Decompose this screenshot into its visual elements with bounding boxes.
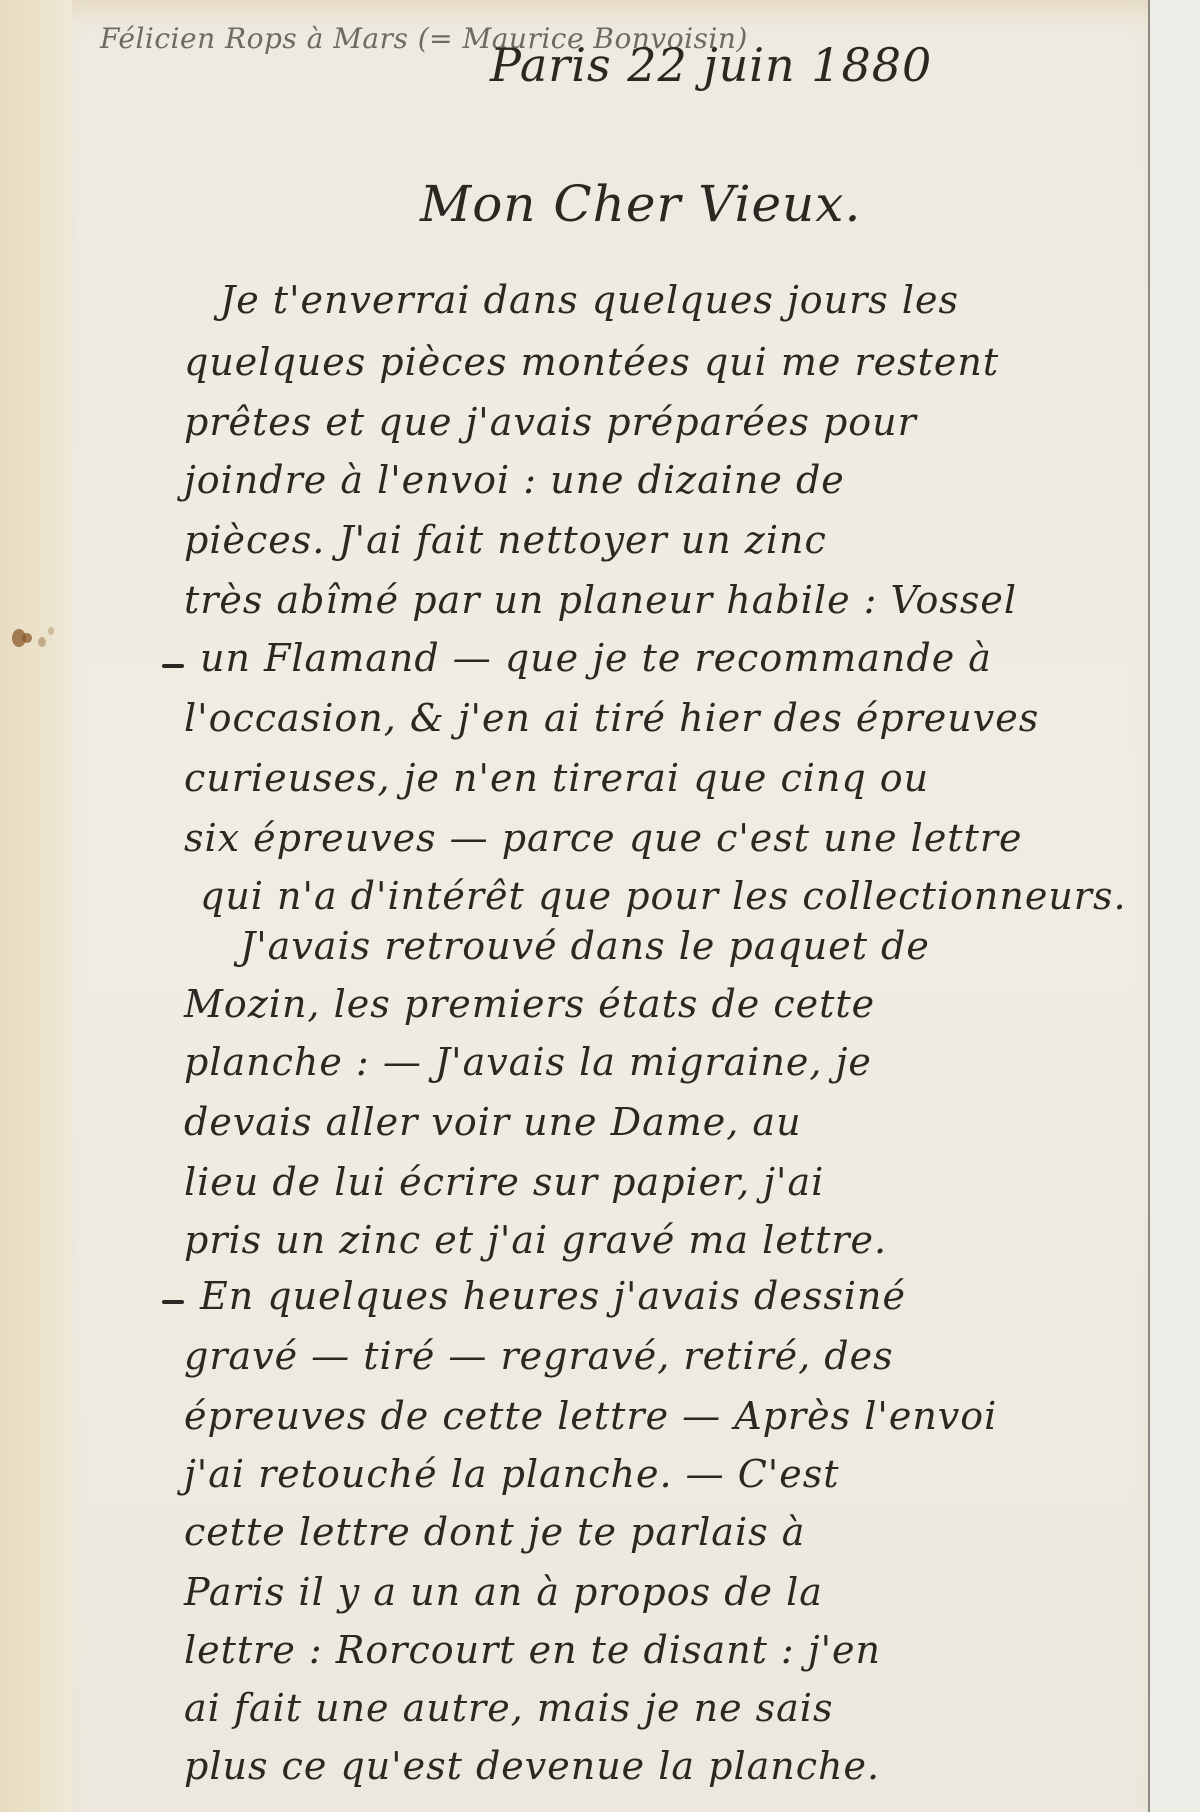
letter-line: plus ce qu'est devenue la planche. xyxy=(184,1744,880,1788)
letter-line: J'avais retrouvé dans le paquet de xyxy=(240,924,930,968)
letter-line: curieuses, je n'en tirerai que cinq ou xyxy=(184,756,929,800)
letter-line: l'occasion, & j'en ai tiré hier des épre… xyxy=(184,696,1039,740)
letter-line: cette lettre dont je te parlais à xyxy=(184,1510,805,1554)
letter-line: Je t'enverrai dans quelques jours les xyxy=(220,278,959,322)
letter-line: j'ai retouché la planche. — C'est xyxy=(184,1452,839,1496)
letter-line: gravé — tiré — regravé, retiré, des xyxy=(184,1334,894,1378)
letter-line: qui n'a d'intérêt que pour les collectio… xyxy=(200,874,1127,918)
letter-line: En quelques heures j'avais dessiné xyxy=(200,1274,906,1318)
letter-line: lieu de lui écrire sur papier, j'ai xyxy=(184,1160,824,1204)
letter-line: lettre : Rorcourt en te disant : j'en xyxy=(184,1628,881,1672)
adjacent-page-edge xyxy=(0,0,72,1812)
margin-dash xyxy=(162,1300,184,1304)
letter-line: ai fait une autre, mais je ne sais xyxy=(184,1686,833,1730)
letter-page: Félicien Rops à Mars (= Maurice Bonvoisi… xyxy=(72,0,1150,1812)
letter-line: quelques pièces montées qui me restent xyxy=(184,340,999,384)
dateline: Paris 22 juin 1880 xyxy=(490,38,932,92)
letter-line: planche : — J'avais la migraine, je xyxy=(184,1040,872,1084)
letter-line: devais aller voir une Dame, au xyxy=(184,1100,802,1144)
background-surface xyxy=(1148,0,1200,1812)
letter-line: six épreuves — parce que c'est une lettr… xyxy=(184,816,1023,860)
letter-line: un Flamand — que je te recommande à xyxy=(200,636,992,680)
margin-dash xyxy=(162,664,184,668)
letter-line: très abîmé par un planeur habile : Vosse… xyxy=(184,578,1017,622)
letter-line: épreuves de cette lettre — Après l'envoi xyxy=(184,1394,997,1438)
salutation: Mon Cher Vieux. xyxy=(420,175,861,233)
letter-line: joindre à l'envoi : une dizaine de xyxy=(184,458,845,502)
letter-line: prêtes et que j'avais préparées pour xyxy=(184,400,917,444)
letter-line: Mozin, les premiers états de cette xyxy=(184,982,875,1026)
letter-line: pris un zinc et j'ai gravé ma lettre. xyxy=(184,1218,887,1262)
letter-line: Paris il y a un an à propos de la xyxy=(184,1570,823,1614)
letter-line: pièces. J'ai fait nettoyer un zinc xyxy=(184,518,827,562)
foxing-stain xyxy=(8,625,58,655)
